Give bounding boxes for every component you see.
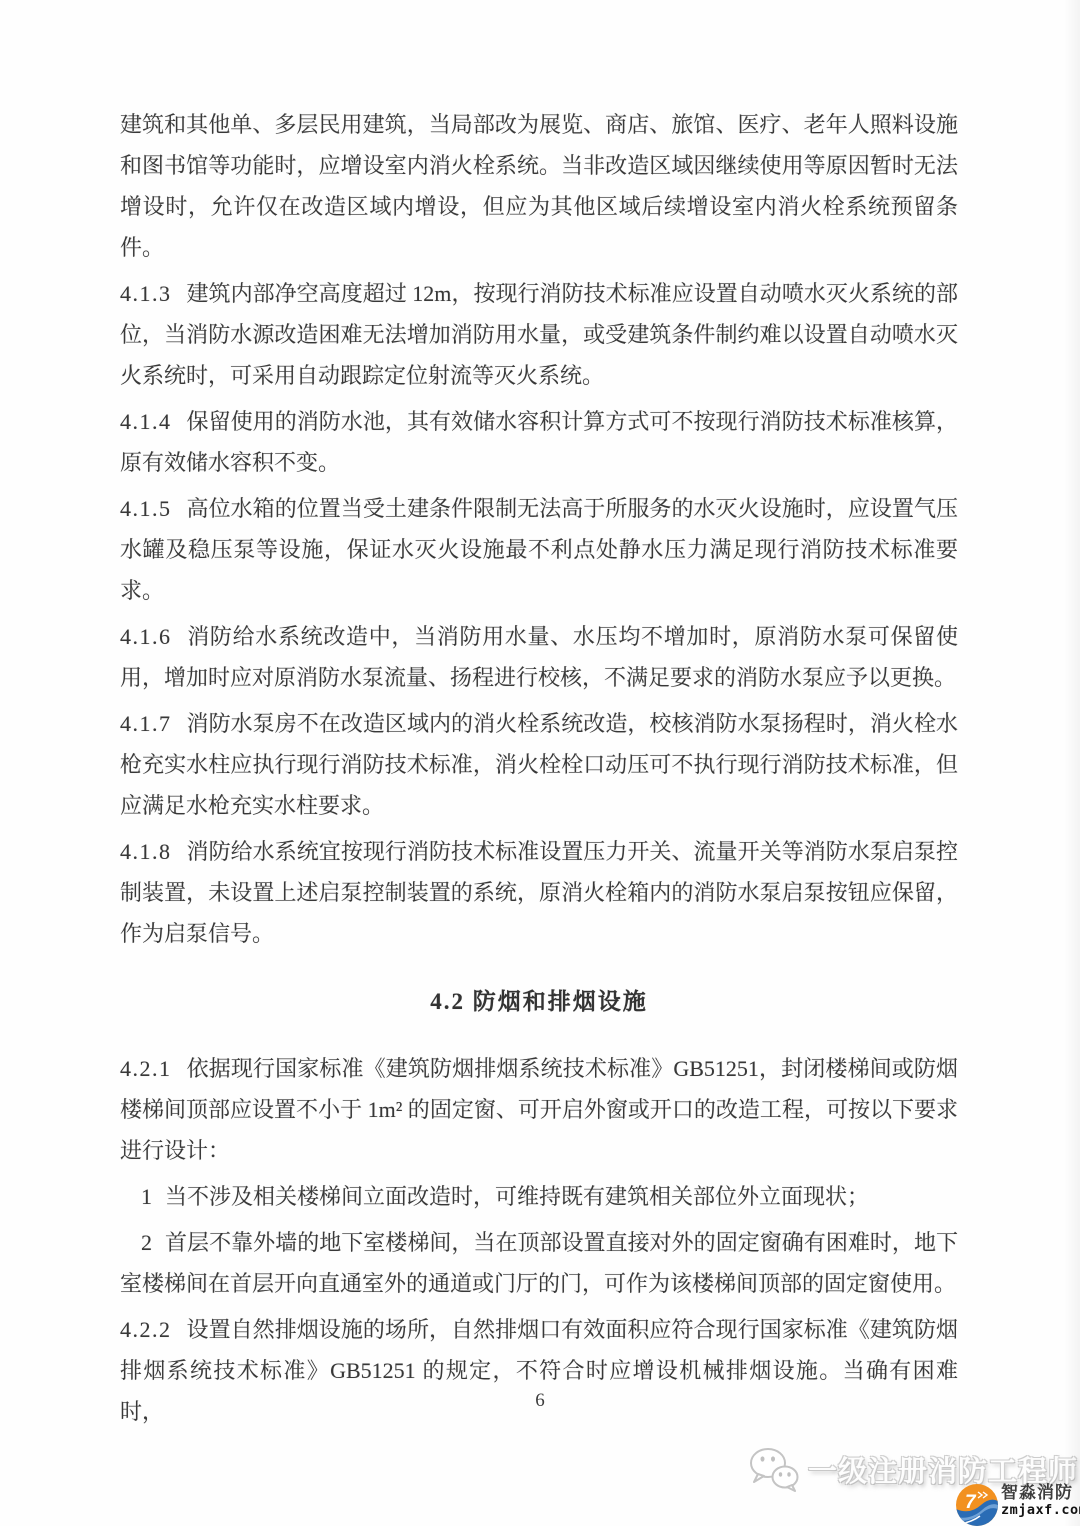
clause-text: 消防给水系统宜按现行消防技术标准设置压力开关、流量开关等消防水泵启泵控制装置，未… (120, 839, 958, 946)
brand-name: 智淼消防 (1001, 1484, 1080, 1501)
sub-item-2: 2首层不靠外墙的地下室楼梯间，当在顶部设置直接对外的固定窗确有困难时，地下室楼梯… (120, 1222, 958, 1304)
clause-text: 依据现行国家标准《建筑防烟排烟系统技术标准》GB51251，封闭楼梯间或防烟楼梯… (120, 1056, 958, 1163)
clause-4-1-8: 4.1.8消防给水系统宜按现行消防技术标准设置压力开关、流量开关等消防水泵启泵控… (120, 831, 958, 954)
clause-text: 高位水箱的位置当受土建条件限制无法高于所服务的水灭火设施时，应设置气压水罐及稳压… (120, 496, 958, 603)
brand-text-column: 智淼消防 zmjaxf.com (1001, 1484, 1080, 1518)
wechat-icon (748, 1446, 800, 1492)
clause-number: 4.1.8 (120, 839, 172, 864)
paragraph-continuation: 建筑和其他单、多层民用建筑，当局部改为展览、商店、旅馆、医疗、老年人照料设施和图… (120, 104, 958, 268)
clause-4-1-5: 4.1.5高位水箱的位置当受土建条件限制无法高于所服务的水灭火设施时，应设置气压… (120, 488, 958, 611)
clause-number: 4.1.6 (120, 624, 172, 649)
clause-text: 消防给水系统改造中，当消防用水量、水压均不增加时，原消防水泵可保留使用，增加时应… (120, 624, 958, 690)
clause-number: 4.1.3 (120, 281, 172, 306)
clause-4-1-4: 4.1.4保留使用的消防水池，其有效储水容积计算方式可不按现行消防技术标准核算，… (120, 401, 958, 483)
clause-number: 4.1.4 (120, 409, 172, 434)
item-number: 1 (141, 1184, 152, 1209)
logo-mark-letter: 7 (965, 1492, 977, 1513)
clause-number: 4.2.2 (120, 1317, 172, 1342)
item-text: 首层不靠外墙的地下室楼梯间，当在顶部设置直接对外的固定窗确有困难时，地下室楼梯间… (120, 1230, 958, 1296)
section-heading-4-2: 4.2 防烟和排烟设施 (120, 981, 958, 1022)
zhimiao-logo-icon: 7 (956, 1484, 998, 1526)
sub-item-1: 1当不涉及相关楼梯间立面改造时，可维持既有建筑相关部位外立面现状； (120, 1176, 958, 1217)
clause-4-2-1: 4.2.1依据现行国家标准《建筑防烟排烟系统技术标准》GB51251，封闭楼梯间… (120, 1048, 958, 1171)
clause-number: 4.1.7 (120, 711, 172, 736)
item-text: 当不涉及相关楼梯间立面改造时，可维持既有建筑相关部位外立面现状； (165, 1184, 869, 1209)
page-number: 6 (0, 1390, 1080, 1412)
brand-badge: 7 智淼消防 zmjaxf.com (956, 1484, 1080, 1526)
clause-text: 保留使用的消防水池，其有效储水容积计算方式可不按现行消防技术标准核算，原有效储水… (120, 409, 958, 475)
clause-number: 4.2.1 (120, 1056, 172, 1081)
clause-text: 建筑内部净空高度超过 12m，按现行消防技术标准应设置自动喷水灭火系统的部位，当… (120, 281, 958, 388)
clause-4-1-6: 4.1.6消防给水系统改造中，当消防用水量、水压均不增加时，原消防水泵可保留使用… (120, 616, 958, 698)
item-number: 2 (141, 1230, 152, 1255)
clause-4-2-2: 4.2.2设置自然排烟设施的场所，自然排烟口有效面积应符合现行国家标准《建筑防烟… (120, 1309, 958, 1432)
clause-number: 4.1.5 (120, 496, 172, 521)
clause-4-1-3: 4.1.3建筑内部净空高度超过 12m，按现行消防技术标准应设置自动喷水灭火系统… (120, 273, 958, 396)
clause-4-1-7: 4.1.7消防水泵房不在改造区域内的消火栓系统改造，校核消防水泵扬程时，消火栓水… (120, 703, 958, 826)
scan-edge-shading (1064, 0, 1080, 1526)
document-body: 建筑和其他单、多层民用建筑，当局部改为展览、商店、旅馆、医疗、老年人照料设施和图… (120, 104, 958, 1437)
brand-site-url: zmjaxf.com (1001, 1504, 1080, 1518)
clause-text: 消防水泵房不在改造区域内的消火栓系统改造，校核消防水泵扬程时，消火栓水枪充实水柱… (120, 711, 958, 818)
